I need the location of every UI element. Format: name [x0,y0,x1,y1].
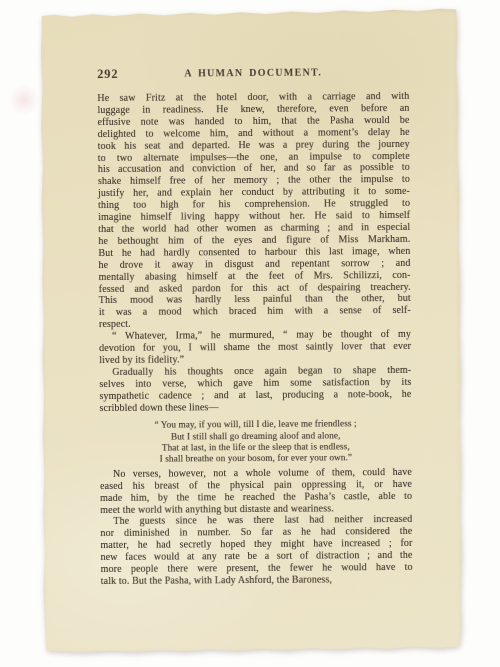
text-line: scribbled down these lines— [99,400,411,414]
paragraph: No verses, however, not a whole volume o… [100,467,412,517]
text-line: it was a mood which braced him with a se… [99,305,411,319]
text-line: sympathetic cadence ; and at last, produ… [99,389,411,403]
page-body: He saw Fritz at the hotel door, with a c… [97,91,412,588]
paragraph: Gradually his thoughts once again began … [99,365,411,415]
text-line: devotion for you, I will shame the most … [99,341,411,355]
paragraph: He saw Fritz at the hotel door, with a c… [97,91,411,331]
screenshot-root: { "colors": { "paper": "#e9e0c1", "ink":… [0,0,500,667]
text-line: made him, by the time he reached the Pas… [100,491,412,505]
text-line: more people there were present, the fewe… [101,562,413,576]
paragraph: The guests since he was there last had n… [100,514,412,588]
page-number: 292 [97,68,118,81]
scan-background: 292 A HUMAN DOCUMENT. He saw Fritz at th… [0,0,500,667]
verse-line: I shall breathe on your bosom, for ever … [100,452,412,465]
paragraph: “ Whatever, Irma,” he murmured, “ may be… [99,329,411,367]
text-line: talk to. But the Pasha, with Lady Ashfor… [101,574,413,588]
verse-block: “ You may, if you will, till I die, leav… [100,418,412,465]
book-page-wrap: 292 A HUMAN DOCUMENT. He saw Fritz at th… [38,8,465,656]
running-title: A HUMAN DOCUMENT. [97,66,409,81]
book-page: 292 A HUMAN DOCUMENT. He saw Fritz at th… [38,8,465,656]
page-header: 292 A HUMAN DOCUMENT. [97,66,409,81]
